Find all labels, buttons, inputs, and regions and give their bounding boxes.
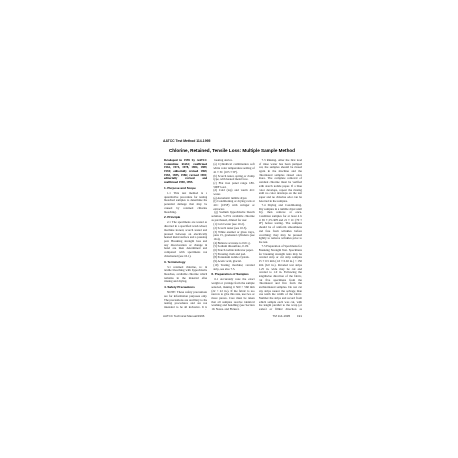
footer-manual-label: AATCC Technical Manual/1996 [163,314,204,318]
paragraph: (10) Testing machine; raveled strip, see… [211,264,254,271]
document-header: AATCC Test Method 114-1995 [163,139,307,143]
section-heading: 3. Terminology [164,261,207,265]
paragraph: (g) Sodium hypochlorite bleach solution,… [211,211,254,222]
footer-page-number: 191 [297,314,302,318]
text-column-middle: heating device.(a) Cylindrical combinati… [211,159,254,310]
paragraph: 7.3 Rinsing. After the first load of rin… [259,159,302,203]
document-page: AATCC Test Method 114-1995 Chlorine, Ret… [157,131,307,327]
paragraph: 1.1 This test method is a quantitative p… [164,192,207,214]
footer-method-ref: TM 114-1995 191 [267,314,302,318]
paragraph: 6.1 Accurately note the exact weight or … [211,278,254,310]
paragraph: 7.4 Drying and Conditioning. Dry samples… [259,204,302,245]
paragraph: 2.1 The specimens are tested as directed… [164,221,207,258]
paragraph: 7.5 Preparation of Specimens for Breakin… [259,245,302,310]
footer-method-number: TM 114-1995 [273,314,291,318]
text-columns: Developed in 1959 by AATCC Committee RA6… [164,159,302,310]
text-column-left: Developed in 1959 by AATCC Committee RA6… [164,159,207,310]
page-footer: AATCC Technical Manual/1996 TM 114-1995 … [163,314,302,318]
page-title: Chlorine, Retained, Tensile Loss: Multip… [159,148,305,153]
text-column-right: 7.3 Rinsing. After the first load of rin… [259,159,302,310]
scanned-document-canvas: AATCC Test Method 114-1995 Chlorine, Ret… [0,0,458,458]
paragraph: NOTE: These safety precautions are for i… [164,291,207,310]
paragraph: 3.1 retained chlorine, n.: in textile bl… [164,266,207,284]
paragraph: Developed in 1959 by AATCC Committee RA6… [164,159,207,185]
paragraph: (a) Cylindrical combination soft white c… [211,163,254,174]
